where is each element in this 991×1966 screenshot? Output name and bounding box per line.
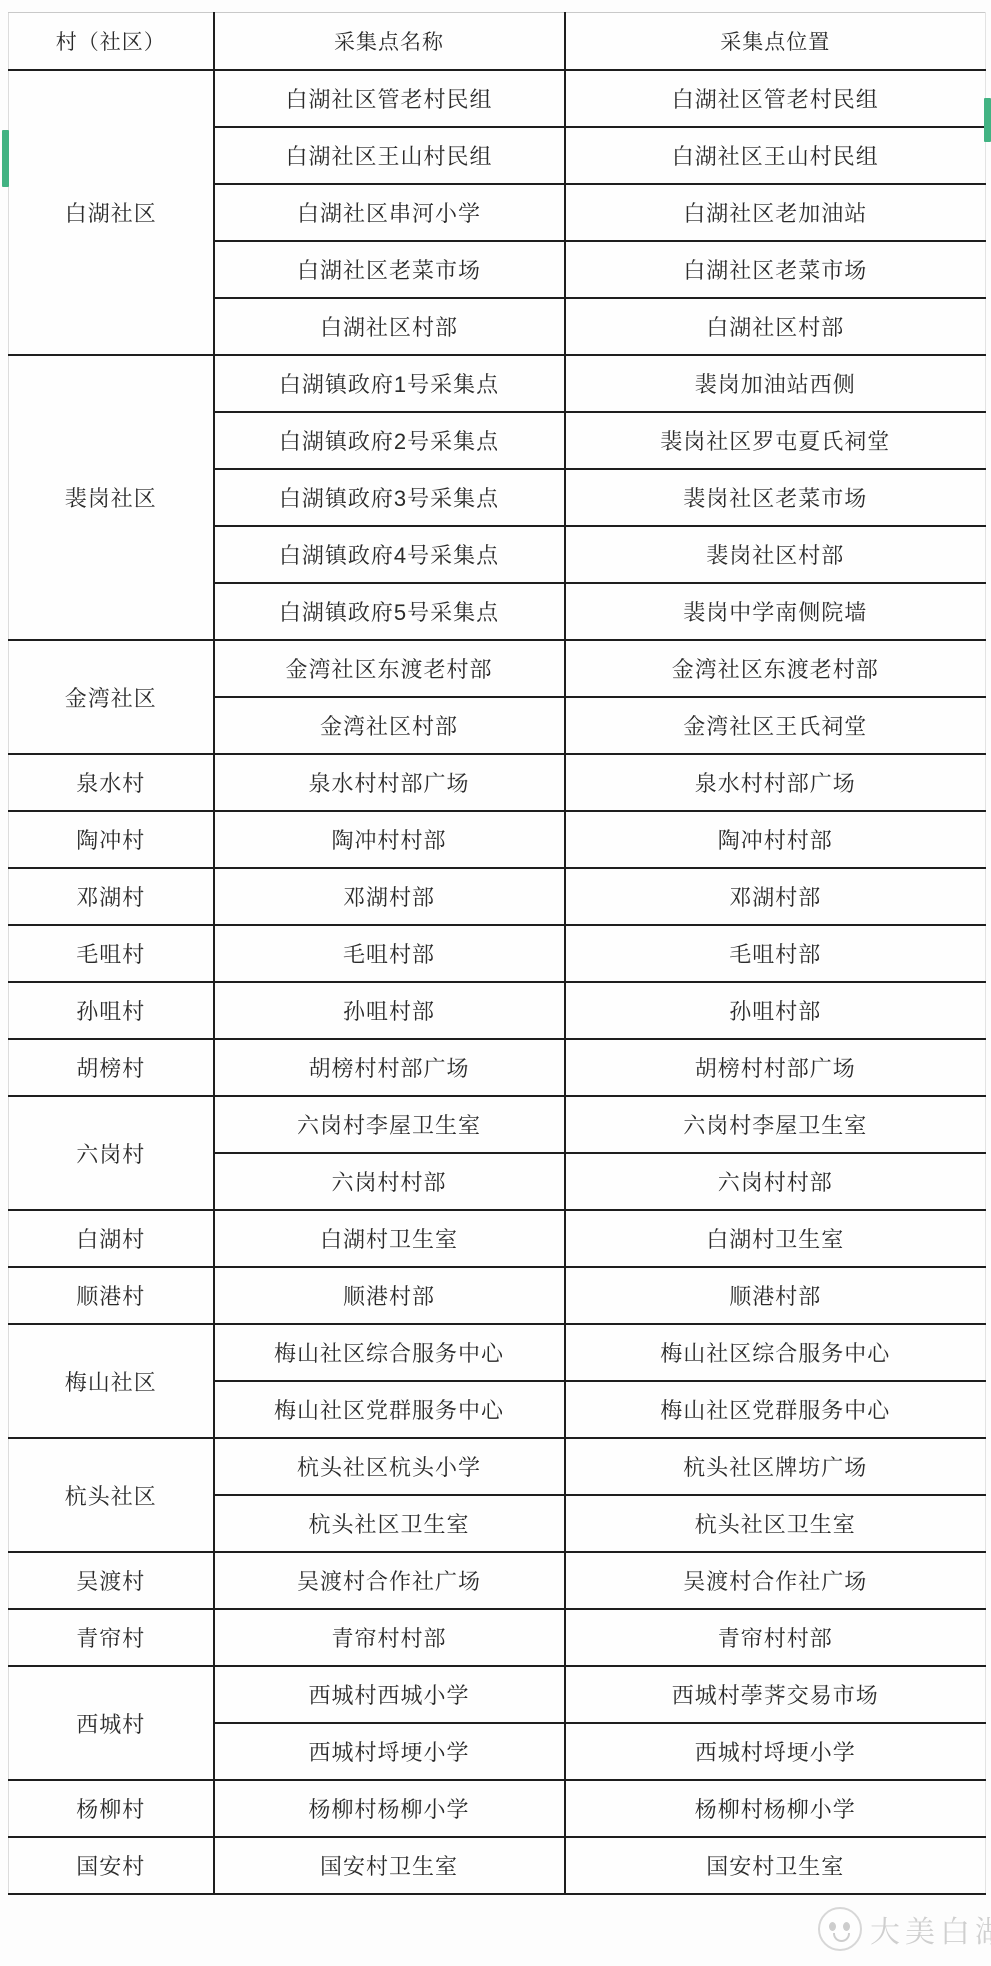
table-row: 吴渡村吴渡村合作社广场吴渡村合作社广场 bbox=[9, 1552, 986, 1609]
site-name-cell: 白湖镇政府3号采集点 bbox=[214, 469, 565, 526]
table-row: 泉水村泉水村村部广场泉水村村部广场 bbox=[9, 754, 986, 811]
village-cell: 裴岗社区 bbox=[9, 355, 214, 640]
village-cell: 陶冲村 bbox=[9, 811, 214, 868]
site-name-cell: 杭头社区杭头小学 bbox=[214, 1438, 565, 1495]
site-name-cell: 邓湖村部 bbox=[214, 868, 565, 925]
site-location-cell: 梅山社区综合服务中心 bbox=[565, 1324, 986, 1381]
site-name-cell: 泉水村村部广场 bbox=[214, 754, 565, 811]
village-cell: 吴渡村 bbox=[9, 1552, 214, 1609]
green-accent-bar-right bbox=[984, 98, 991, 142]
site-location-cell: 国安村卫生室 bbox=[565, 1837, 986, 1894]
site-name-cell: 金湾社区村部 bbox=[214, 697, 565, 754]
table-row: 邓湖村邓湖村部邓湖村部 bbox=[9, 868, 986, 925]
village-cell: 青帘村 bbox=[9, 1609, 214, 1666]
site-name-cell: 白湖镇政府2号采集点 bbox=[214, 412, 565, 469]
village-cell: 邓湖村 bbox=[9, 868, 214, 925]
site-name-cell: 白湖镇政府1号采集点 bbox=[214, 355, 565, 412]
table-row: 白湖村白湖村卫生室白湖村卫生室 bbox=[9, 1210, 986, 1267]
site-name-cell: 国安村卫生室 bbox=[214, 1837, 565, 1894]
site-name-cell: 金湾社区东渡老村部 bbox=[214, 640, 565, 697]
table-row: 孙咀村孙咀村部孙咀村部 bbox=[9, 982, 986, 1039]
site-location-cell: 梅山社区党群服务中心 bbox=[565, 1381, 986, 1438]
site-name-cell: 西城村埒埂小学 bbox=[214, 1723, 565, 1780]
site-name-cell: 西城村西城小学 bbox=[214, 1666, 565, 1723]
site-location-cell: 杨柳村杨柳小学 bbox=[565, 1780, 986, 1837]
table-row: 陶冲村陶冲村村部陶冲村村部 bbox=[9, 811, 986, 868]
site-name-cell: 白湖村卫生室 bbox=[214, 1210, 565, 1267]
watermark: 大美白湖 bbox=[818, 1903, 991, 1955]
table-row: 胡榜村胡榜村村部广场胡榜村村部广场 bbox=[9, 1039, 986, 1096]
site-location-cell: 裴岗社区罗屯夏氏祠堂 bbox=[565, 412, 986, 469]
watermark-text: 大美白湖 bbox=[870, 1907, 991, 1951]
site-location-cell: 顺港村部 bbox=[565, 1267, 986, 1324]
site-location-cell: 泉水村村部广场 bbox=[565, 754, 986, 811]
table-row: 毛咀村毛咀村部毛咀村部 bbox=[9, 925, 986, 982]
table-row: 杨柳村杨柳村杨柳小学杨柳村杨柳小学 bbox=[9, 1780, 986, 1837]
site-location-cell: 青帘村村部 bbox=[565, 1609, 986, 1666]
site-location-cell: 裴岗社区村部 bbox=[565, 526, 986, 583]
site-name-cell: 白湖社区王山村民组 bbox=[214, 127, 565, 184]
village-cell: 白湖社区 bbox=[9, 70, 214, 355]
table-body: 白湖社区白湖社区管老村民组白湖社区管老村民组白湖社区王山村民组白湖社区王山村民组… bbox=[9, 70, 986, 1894]
site-name-cell: 白湖镇政府5号采集点 bbox=[214, 583, 565, 640]
village-cell: 泉水村 bbox=[9, 754, 214, 811]
site-location-cell: 白湖社区管老村民组 bbox=[565, 70, 986, 127]
site-name-cell: 白湖社区村部 bbox=[214, 298, 565, 355]
site-location-cell: 毛咀村部 bbox=[565, 925, 986, 982]
village-cell: 国安村 bbox=[9, 1837, 214, 1894]
site-name-cell: 梅山社区党群服务中心 bbox=[214, 1381, 565, 1438]
site-location-cell: 孙咀村部 bbox=[565, 982, 986, 1039]
village-cell: 杨柳村 bbox=[9, 1780, 214, 1837]
village-cell: 顺港村 bbox=[9, 1267, 214, 1324]
site-name-cell: 顺港村部 bbox=[214, 1267, 565, 1324]
header-row: 村（社区） 采集点名称 采集点位置 bbox=[9, 13, 986, 71]
site-name-cell: 孙咀村部 bbox=[214, 982, 565, 1039]
site-name-cell: 白湖社区管老村民组 bbox=[214, 70, 565, 127]
site-location-cell: 西城村埒埂小学 bbox=[565, 1723, 986, 1780]
table-row: 六岗村六岗村李屋卫生室六岗村李屋卫生室 bbox=[9, 1096, 986, 1153]
village-cell: 白湖村 bbox=[9, 1210, 214, 1267]
green-accent-bar-left bbox=[2, 130, 9, 187]
site-name-cell: 吴渡村合作社广场 bbox=[214, 1552, 565, 1609]
village-cell: 毛咀村 bbox=[9, 925, 214, 982]
village-cell: 六岗村 bbox=[9, 1096, 214, 1210]
site-name-cell: 杭头社区卫生室 bbox=[214, 1495, 565, 1552]
site-location-cell: 白湖社区老菜市场 bbox=[565, 241, 986, 298]
site-location-cell: 金湾社区王氏祠堂 bbox=[565, 697, 986, 754]
village-cell: 梅山社区 bbox=[9, 1324, 214, 1438]
site-name-cell: 六岗村村部 bbox=[214, 1153, 565, 1210]
site-location-cell: 杭头社区牌坊广场 bbox=[565, 1438, 986, 1495]
site-name-cell: 杨柳村杨柳小学 bbox=[214, 1780, 565, 1837]
site-location-cell: 杭头社区卫生室 bbox=[565, 1495, 986, 1552]
village-cell: 孙咀村 bbox=[9, 982, 214, 1039]
header-site-location: 采集点位置 bbox=[565, 13, 986, 71]
site-location-cell: 邓湖村部 bbox=[565, 868, 986, 925]
header-village: 村（社区） bbox=[9, 13, 214, 71]
site-location-cell: 裴岗加油站西侧 bbox=[565, 355, 986, 412]
table-row: 国安村国安村卫生室国安村卫生室 bbox=[9, 1837, 986, 1894]
table-row: 顺港村顺港村部顺港村部 bbox=[9, 1267, 986, 1324]
site-location-cell: 吴渡村合作社广场 bbox=[565, 1552, 986, 1609]
table-row: 白湖社区白湖社区管老村民组白湖社区管老村民组 bbox=[9, 70, 986, 127]
site-location-cell: 白湖社区老加油站 bbox=[565, 184, 986, 241]
site-location-cell: 陶冲村村部 bbox=[565, 811, 986, 868]
site-name-cell: 胡榜村村部广场 bbox=[214, 1039, 565, 1096]
header-site-name: 采集点名称 bbox=[214, 13, 565, 71]
site-location-cell: 金湾社区东渡老村部 bbox=[565, 640, 986, 697]
site-location-cell: 六岗村村部 bbox=[565, 1153, 986, 1210]
site-name-cell: 白湖社区串河小学 bbox=[214, 184, 565, 241]
site-name-cell: 白湖社区老菜市场 bbox=[214, 241, 565, 298]
village-cell: 杭头社区 bbox=[9, 1438, 214, 1552]
site-location-cell: 西城村荸荠交易市场 bbox=[565, 1666, 986, 1723]
site-name-cell: 白湖镇政府4号采集点 bbox=[214, 526, 565, 583]
village-cell: 西城村 bbox=[9, 1666, 214, 1780]
site-name-cell: 六岗村李屋卫生室 bbox=[214, 1096, 565, 1153]
site-location-cell: 白湖村卫生室 bbox=[565, 1210, 986, 1267]
site-location-cell: 胡榜村村部广场 bbox=[565, 1039, 986, 1096]
site-name-cell: 梅山社区综合服务中心 bbox=[214, 1324, 565, 1381]
site-name-cell: 陶冲村村部 bbox=[214, 811, 565, 868]
site-location-cell: 六岗村李屋卫生室 bbox=[565, 1096, 986, 1153]
table-row: 杭头社区杭头社区杭头小学杭头社区牌坊广场 bbox=[9, 1438, 986, 1495]
table-row: 梅山社区梅山社区综合服务中心梅山社区综合服务中心 bbox=[9, 1324, 986, 1381]
site-location-cell: 白湖社区村部 bbox=[565, 298, 986, 355]
site-location-cell: 裴岗社区老菜市场 bbox=[565, 469, 986, 526]
table-row: 青帘村青帘村村部青帘村村部 bbox=[9, 1609, 986, 1666]
table-row: 裴岗社区白湖镇政府1号采集点裴岗加油站西侧 bbox=[9, 355, 986, 412]
collection-points-table: 村（社区） 采集点名称 采集点位置 白湖社区白湖社区管老村民组白湖社区管老村民组… bbox=[8, 12, 986, 1895]
site-location-cell: 裴岗中学南侧院墙 bbox=[565, 583, 986, 640]
village-cell: 金湾社区 bbox=[9, 640, 214, 754]
site-name-cell: 毛咀村部 bbox=[214, 925, 565, 982]
table-row: 金湾社区金湾社区东渡老村部金湾社区东渡老村部 bbox=[9, 640, 986, 697]
site-name-cell: 青帘村村部 bbox=[214, 1609, 565, 1666]
collection-points-sheet: 村（社区） 采集点名称 采集点位置 白湖社区白湖社区管老村民组白湖社区管老村民组… bbox=[0, 0, 991, 1966]
table-row: 西城村西城村西城小学西城村荸荠交易市场 bbox=[9, 1666, 986, 1723]
smiley-face-circle-icon bbox=[818, 1907, 862, 1951]
village-cell: 胡榜村 bbox=[9, 1039, 214, 1096]
site-location-cell: 白湖社区王山村民组 bbox=[565, 127, 986, 184]
